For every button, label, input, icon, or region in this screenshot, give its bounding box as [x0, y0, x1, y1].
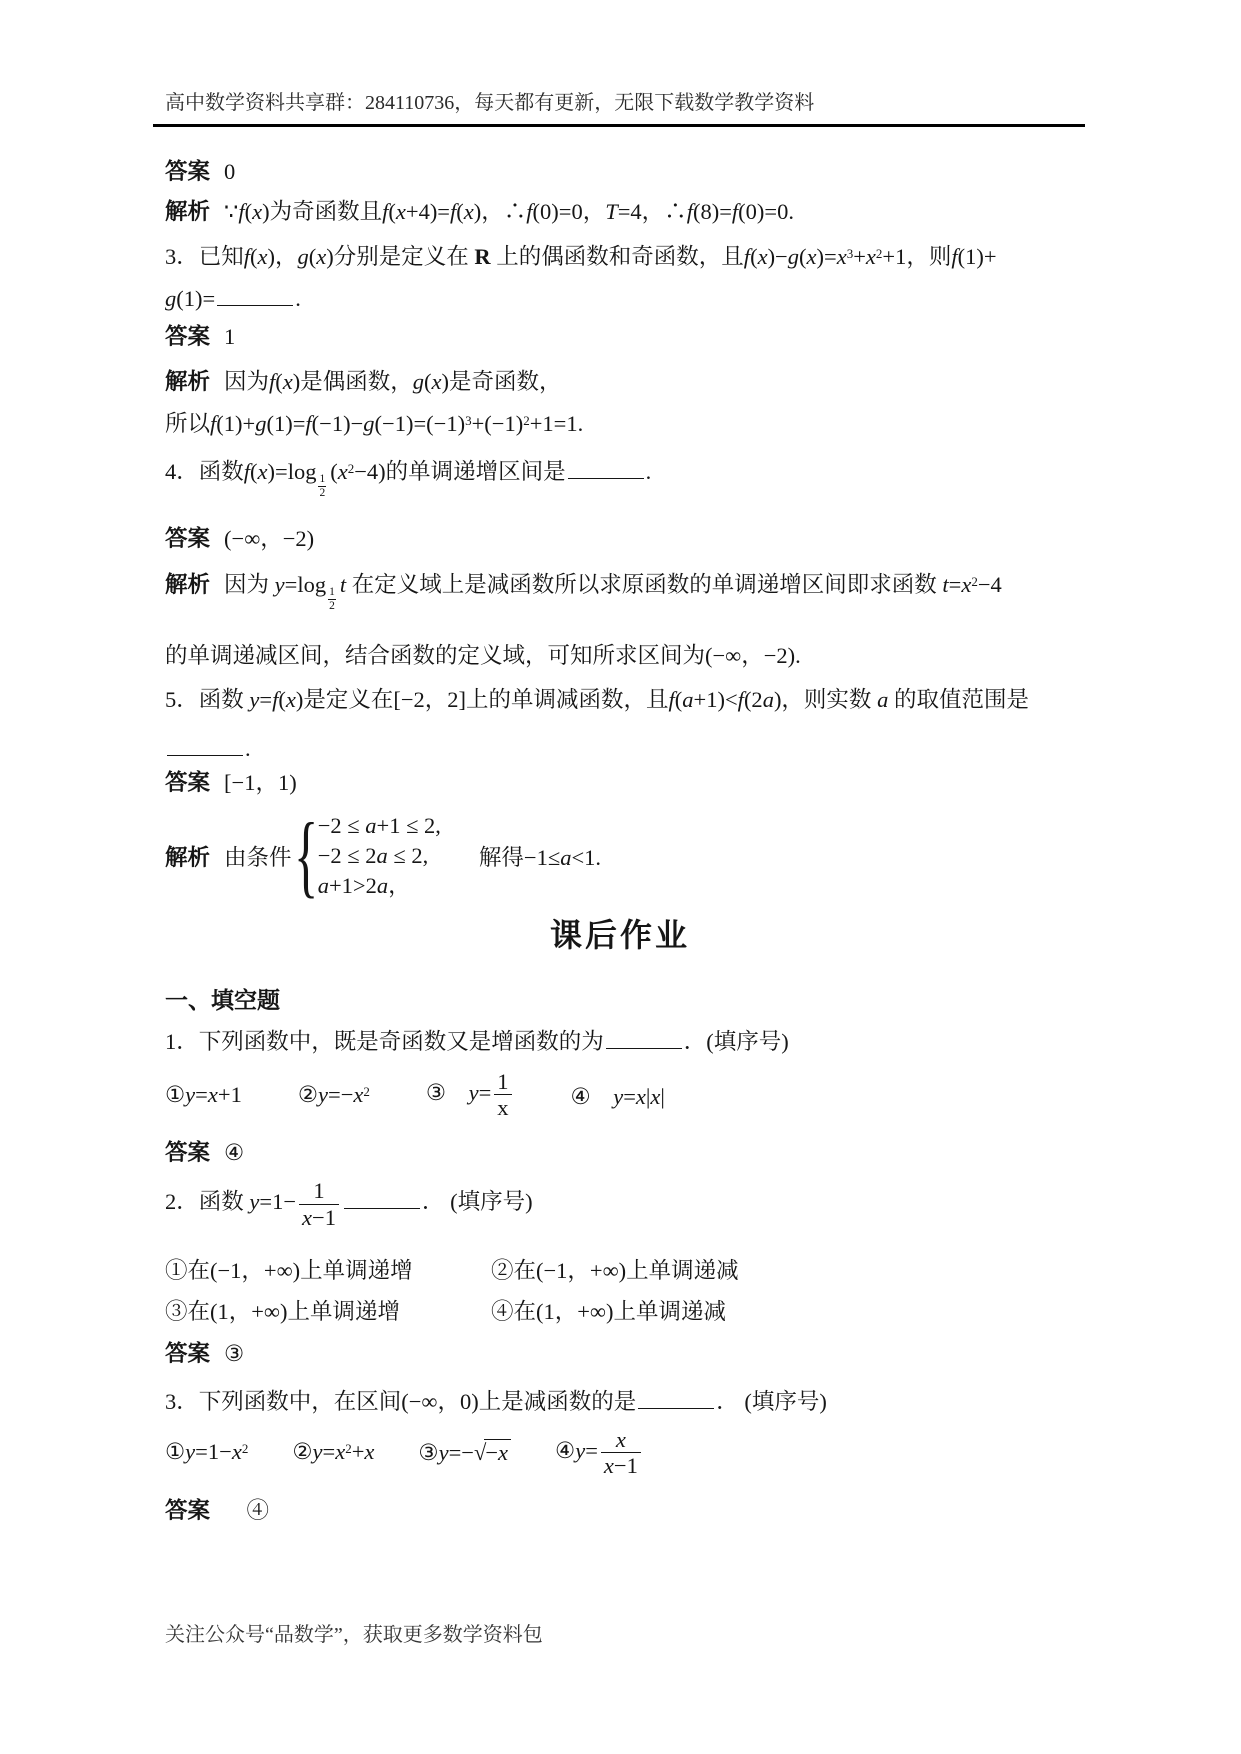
fraction: 1x — [494, 1069, 511, 1120]
fraction: xx−1 — [601, 1427, 641, 1478]
blank-underline — [638, 1404, 714, 1409]
q2-analysis-line: 解析∵f(x)为奇函数且f(x+4)=f(x)，∴f(0)=0，T=4，∴f(8… — [165, 197, 1075, 227]
hw-q1-options: ①y=x+1 ②y=−x2 ③ y=1x ④ y=x|x| — [165, 1069, 1075, 1120]
inequality-2: −2 ≤ 2a ≤ 2, — [318, 842, 441, 869]
q4-answer-line: 答案(−∞，−2) — [165, 524, 1075, 554]
hw-q1-option-2: ②y=−x2 — [298, 1082, 370, 1108]
inequality-1: −2 ≤ a+1 ≤ 2, — [318, 812, 441, 839]
inequality-3: a+1>2a， — [318, 872, 441, 899]
q3-text-line1: 3．已知f(x)，g(x)分别是定义在 R 上的偶函数和奇函数，且f(x)−g(… — [165, 242, 1075, 272]
hw-q1-option-4: ④ y=x|x| — [571, 1079, 665, 1111]
radical-icon: √ — [474, 1440, 484, 1465]
inequality-system: −2 ≤ a+1 ≤ 2, −2 ≤ 2a ≤ 2, a+1>2a， — [318, 812, 441, 899]
blank-underline — [568, 474, 644, 479]
hw-q1-text: 1．下列函数中，既是奇函数又是增函数的为．(填序号) — [165, 1027, 1075, 1057]
hw-q2-option-3: ③在(1，+∞)上单调递增 — [165, 1297, 491, 1327]
brace-glyph: { — [293, 813, 317, 898]
document-page: 高中数学资料共享群：284110736，每天都有更新，无限下载数学教学资料 答案… — [165, 0, 1075, 1526]
fraction: 1x−1 — [299, 1178, 339, 1229]
blank-underline — [606, 1044, 682, 1049]
q5-answer-line: 答案[−1，1) — [165, 768, 1075, 798]
q3-answer-line: 答案1 — [165, 322, 1075, 352]
blank-underline — [344, 1204, 420, 1209]
hw-q2-options: ①在(−1，+∞)上单调递增 ②在(−1，+∞)上单调递减 ③在(1，+∞)上单… — [165, 1256, 1075, 1327]
hw-q3-option-4: ④y=xx−1 — [555, 1427, 644, 1478]
q4-analysis-line2: 的单调递减区间，结合函数的定义域，可知所求区间为(−∞，−2). — [165, 641, 1075, 671]
footer-note: 关注公众号“品数学”，获取更多数学资料包 — [165, 1618, 543, 1647]
hw-q2-option-1: ①在(−1，+∞)上单调递增 — [165, 1256, 491, 1286]
q2-answer-line: 答案0 — [165, 157, 1075, 187]
hw-q3-answer: 答案 ④ — [165, 1496, 1075, 1526]
hw-q1-option-3: ③ y=1x — [426, 1069, 515, 1120]
q5-analysis-system: 解析由条件 { −2 ≤ a+1 ≤ 2, −2 ≤ 2a ≤ 2, a+1>2… — [165, 812, 1075, 899]
section-heading-fill-in: 一、填空题 — [165, 985, 1075, 1015]
hw-q3-option-1: ①y=1−x2 — [165, 1439, 248, 1465]
blank-underline — [217, 301, 293, 306]
blank-underline — [167, 751, 243, 756]
q3-text-line2: g(1)=. — [165, 284, 1075, 314]
hw-q1-option-1: ①y=x+1 — [165, 1082, 242, 1108]
q4-text-line: 4．函数f(x)=log12(x2−4)的单调递增区间是. — [165, 457, 1075, 508]
header-rule — [153, 124, 1085, 127]
q5-text-line1: 5．函数 y=f(x)是定义在[−2，2]上的单调减函数，且f(a+1)<f(2… — [165, 685, 1075, 715]
q5-text-line2: . — [165, 734, 1075, 764]
hw-q2-option-2: ②在(−1，+∞)上单调递减 — [491, 1256, 1075, 1286]
hw-q2-option-4: ④在(1，+∞)上单调递减 — [491, 1297, 1075, 1327]
hw-q2-answer: 答案③ — [165, 1339, 1075, 1369]
homework-title: 课后作业 — [165, 915, 1075, 955]
q4-analysis-line1: 解析因为 y=log12t 在定义域上是减函数所以求原函数的单调递增区间即求函数… — [165, 570, 1075, 621]
hw-q3-option-2: ②y=x2+x — [292, 1439, 374, 1465]
q3-analysis-line2: 所以f(1)+g(1)=f(−1)−g(−1)=(−1)3+(−1)2+1=1. — [165, 409, 1075, 439]
hw-q3-option-3: ③y=−√−x — [418, 1439, 511, 1466]
hw-q2-text: 2．函数 y=1−1x−1． (填序号) — [165, 1178, 1075, 1229]
solution-result: 解得−1≤a<1. — [479, 840, 601, 872]
q3-analysis-line1: 解析因为f(x)是偶函数，g(x)是奇函数， — [165, 367, 1075, 397]
header-note: 高中数学资料共享群：284110736，每天都有更新，无限下载数学教学资料 — [165, 0, 1075, 115]
analysis-condition-lead: 解析由条件 — [165, 840, 292, 872]
hw-q1-answer: 答案④ — [165, 1138, 1075, 1168]
hw-q3-options: ①y=1−x2 ②y=x2+x ③y=−√−x ④y=xx−1 — [165, 1427, 1075, 1478]
hw-q3-text: 3．下列函数中，在区间(−∞，0)上是减函数的是． (填序号) — [165, 1387, 1075, 1417]
